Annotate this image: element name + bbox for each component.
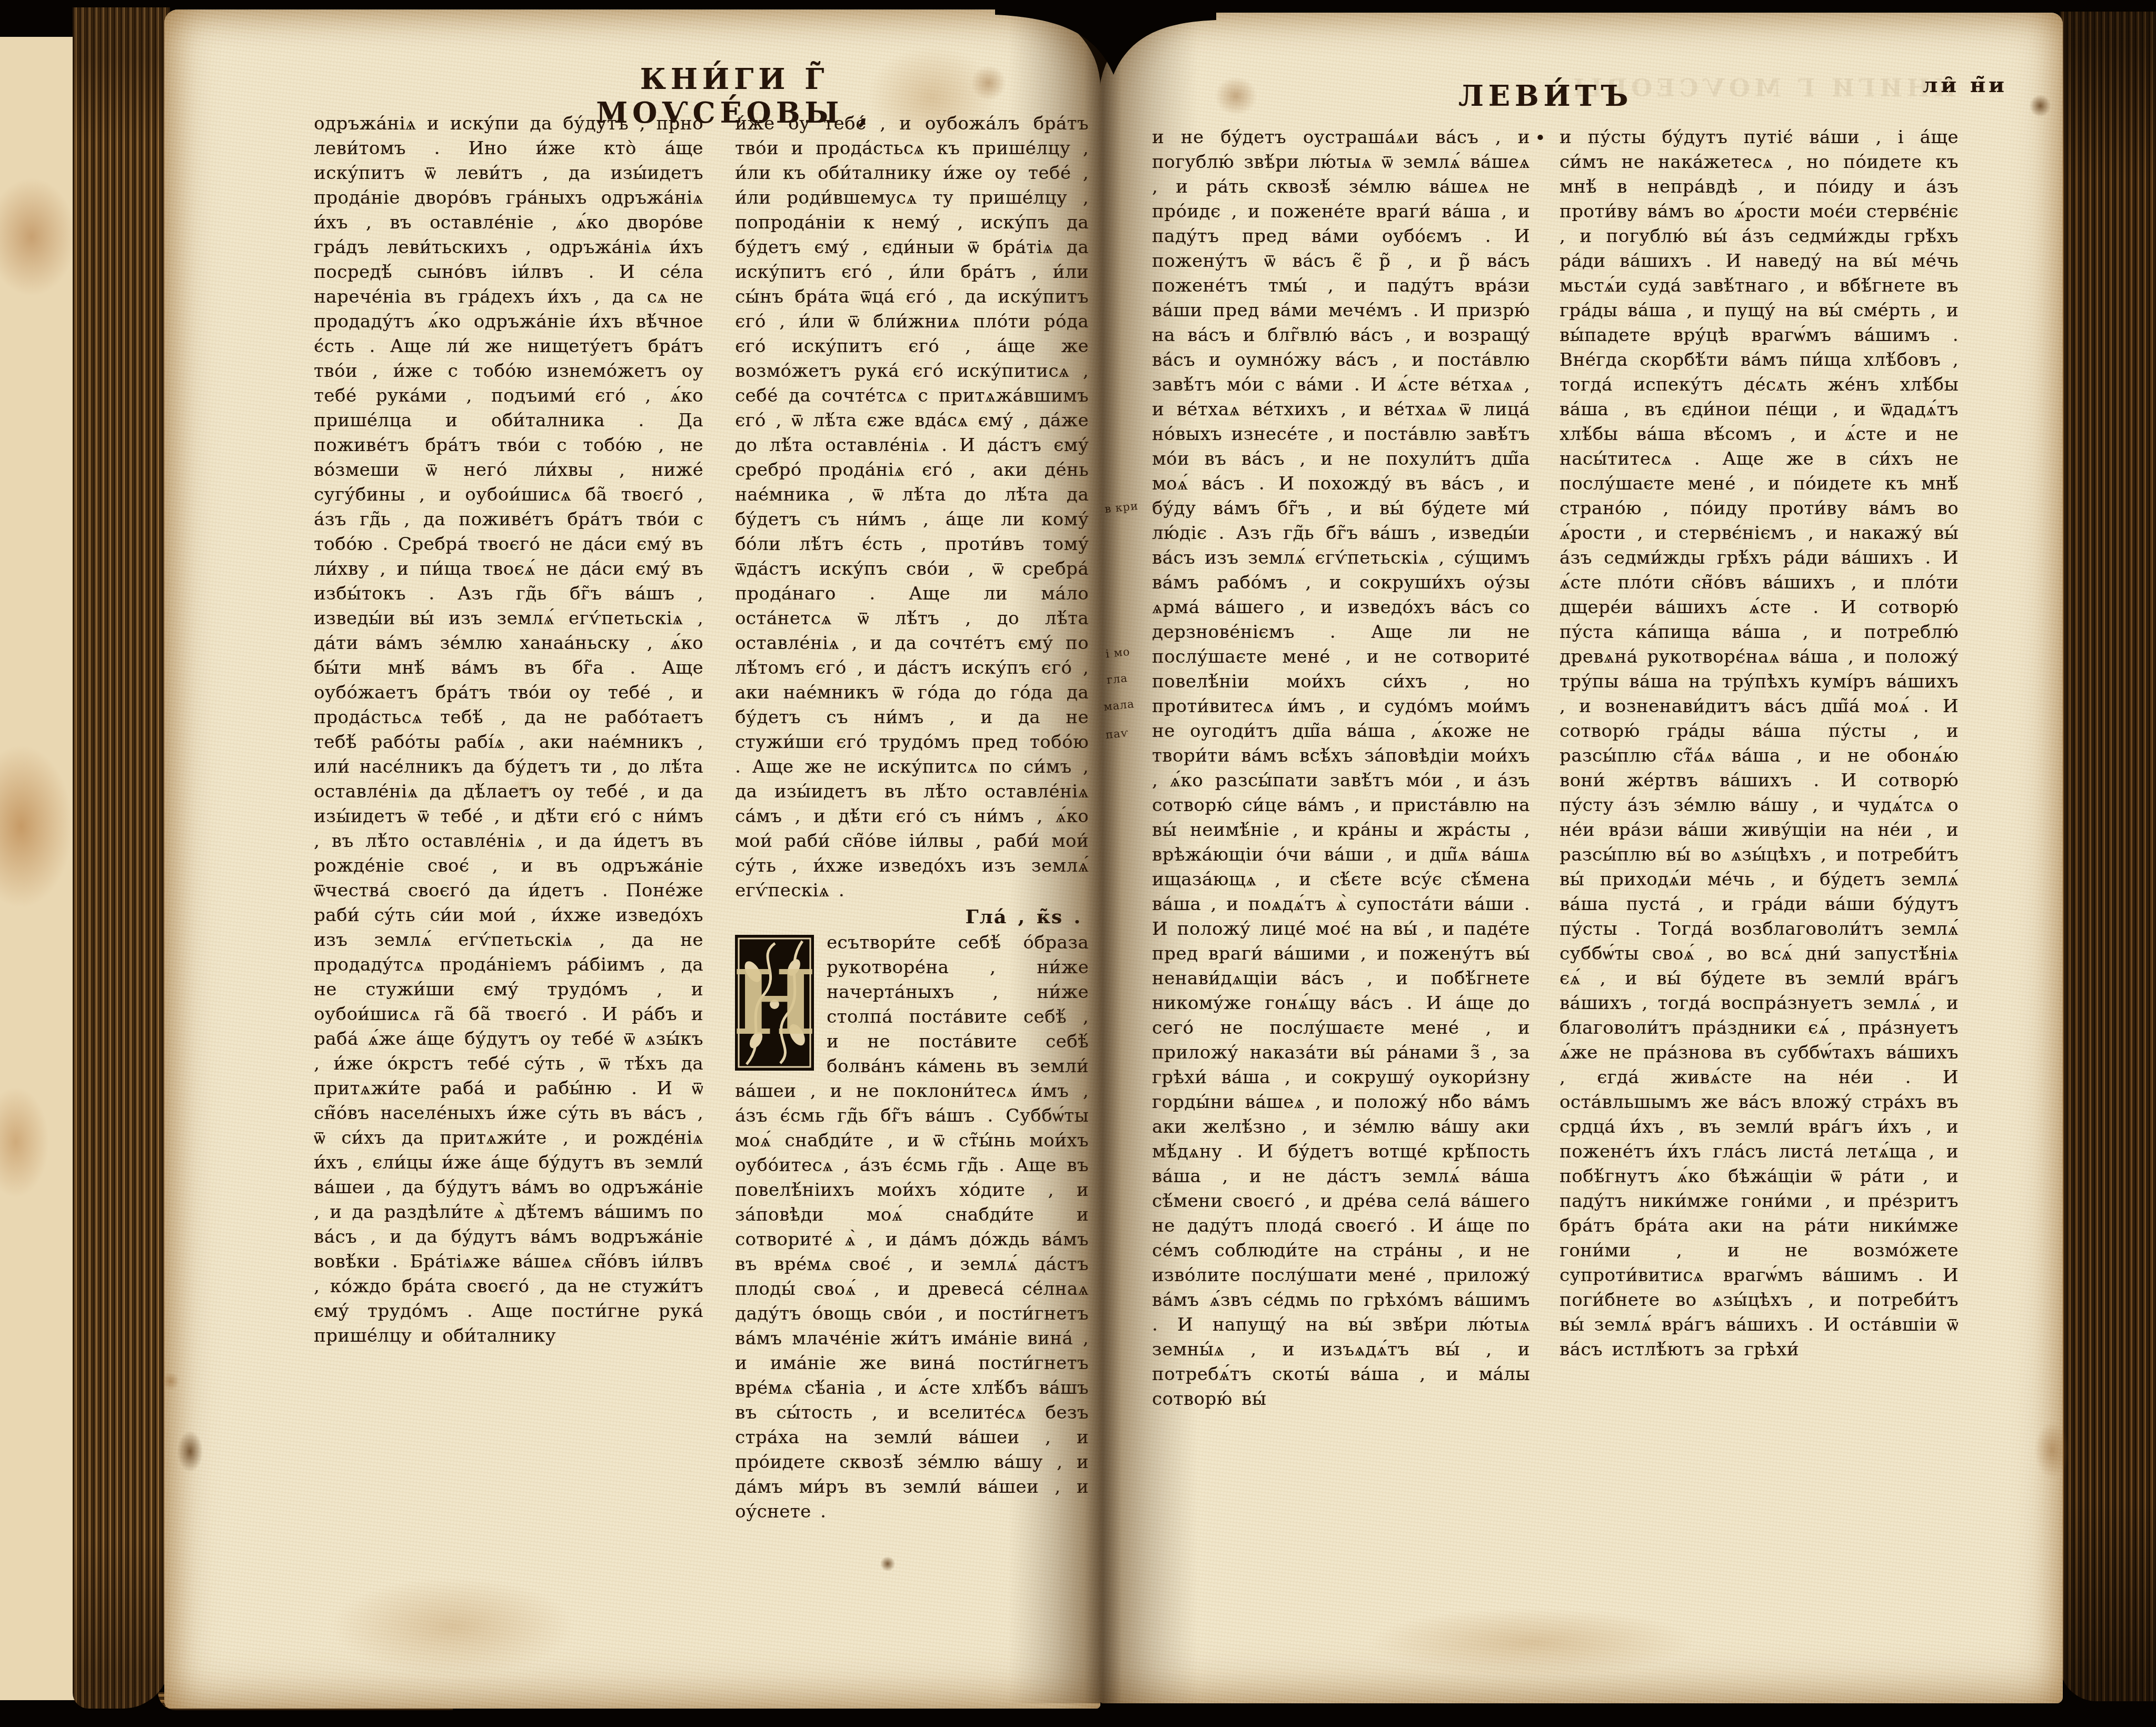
book-photo: КНИГИ Г МОѴСЕОВЫ КНИ́ГИ Г̃ МОѴСЕ́ОВЫ , о… bbox=[0, 0, 2156, 1727]
right-column-2: и пу́сты бу́дутъ путіє́ ва́ши , і а́ще с… bbox=[1559, 125, 1959, 1639]
column-paragraph: и́же оу тебе́ , и оубожа́лъ бра́тъ тво́и… bbox=[735, 112, 1089, 903]
chapter-heading: Гла́ , к̃ѕ . bbox=[735, 903, 1089, 931]
right-column-1: и не бу́детъ оустраша́ѧи ва́съ , и погуб… bbox=[1152, 125, 1530, 1611]
margin-note: паѵ bbox=[1105, 726, 1129, 741]
margin-note: і мо bbox=[1105, 645, 1131, 661]
ornate-woodcut-initial: Н bbox=[735, 935, 814, 1071]
fore-edge-leaf-stack-right bbox=[2060, 12, 2156, 1701]
spine-leaf-stack-left bbox=[73, 7, 170, 1709]
initial-letter-glyph: Н bbox=[735, 935, 814, 1071]
column-paragraph: Н есътвори́те себѣ́ о́браза рукотворе́на… bbox=[735, 931, 1089, 1524]
margin-note: гла bbox=[1106, 672, 1128, 686]
left-column-2: и́же оу тебе́ , и оубожа́лъ бра́тъ тво́и… bbox=[735, 112, 1089, 1575]
under-leaf-edge bbox=[0, 37, 84, 1700]
gutter-notch bbox=[995, 0, 1216, 82]
folio-number: ли̑ н̃и bbox=[1923, 73, 2008, 97]
left-column-1: одръжа́ніѧ и иску́пи да бу́дутъ , пр́но … bbox=[314, 112, 703, 1558]
